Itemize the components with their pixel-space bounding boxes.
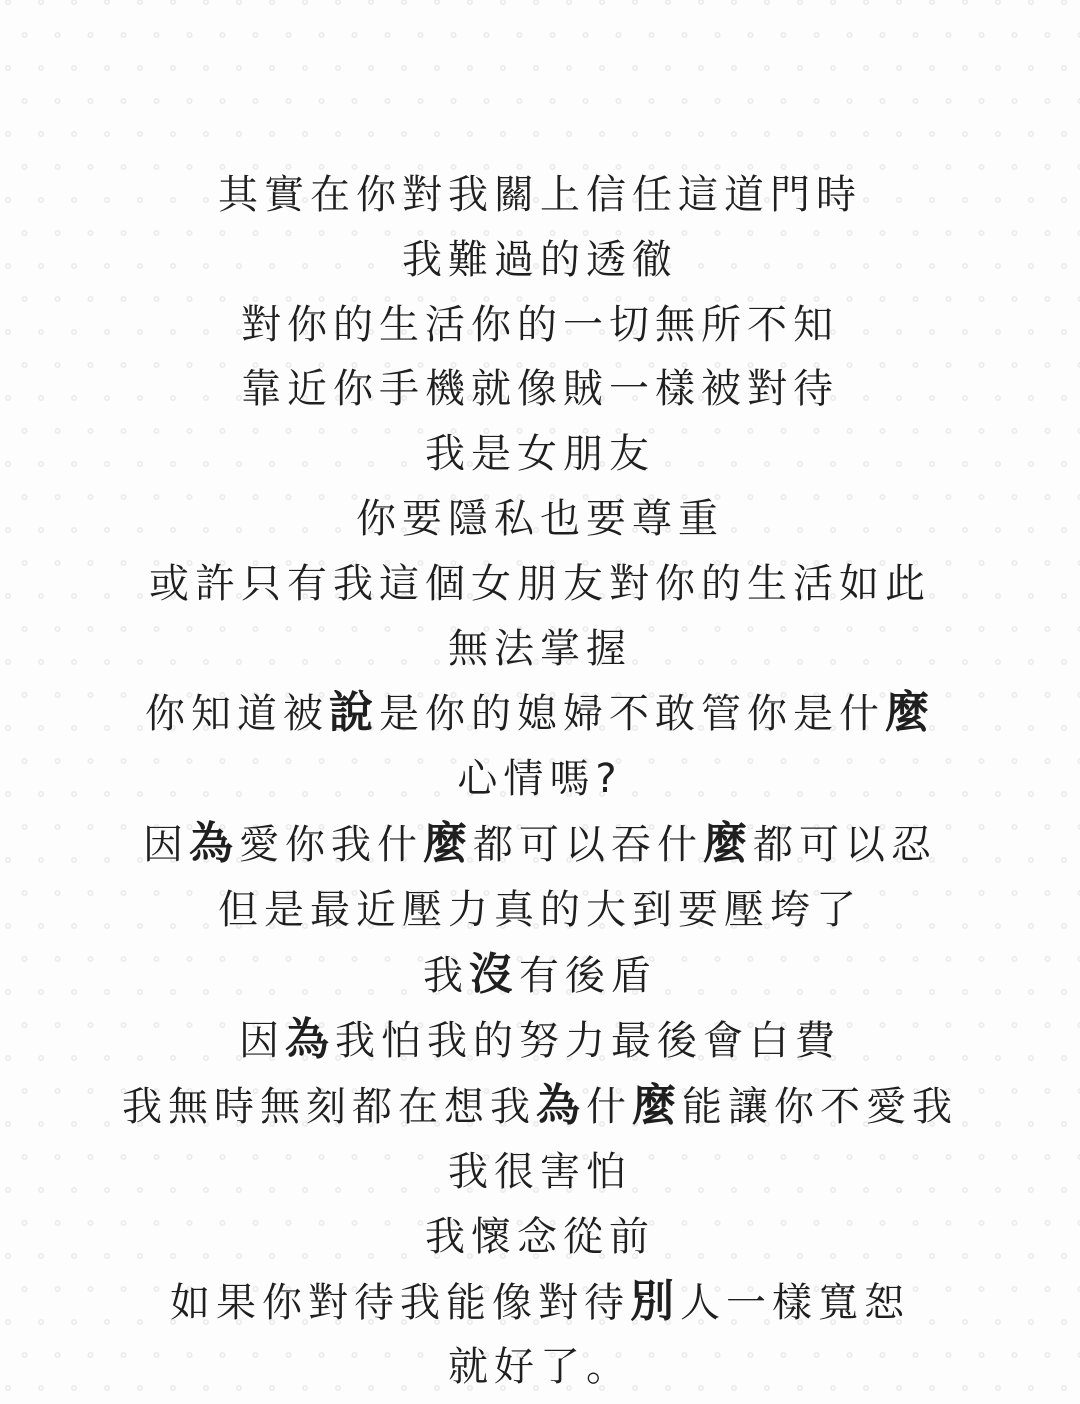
note-line: 我難過的透徹 [0,228,1080,293]
note-line: 或許只有我這個女朋友對你的生活如此 [0,552,1080,617]
note-line: 你知道被說是你的媳婦不敢管你是什麼 [0,681,1080,747]
note-line: 因為愛你我什麼都可以吞什麼都可以忍 [0,812,1080,878]
note-line: 如果你對待我能像對待別人一樣寬恕 [0,1270,1080,1336]
note-line: 心情嗎? [0,747,1080,812]
emphasized-character: 別 [630,1276,680,1327]
emphasized-character: 說 [329,687,379,738]
note-line: 我很害怕 [0,1140,1080,1205]
note-line: 我沒有後盾 [0,943,1080,1009]
note-line: 你要隱私也要尊重 [0,487,1080,552]
handwritten-note-text: 其實在你對我關上信任這道門時我難過的透徹對你的生活你的一切無所不知靠近你手機就像… [0,163,1080,1400]
emphasized-character: 麼 [885,687,935,738]
dotted-paper-background: 其實在你對我關上信任這道門時我難過的透徹對你的生活你的一切無所不知靠近你手機就像… [0,0,1080,1404]
note-line: 我無時無刻都在想我為什麼能讓你不愛我 [0,1074,1080,1140]
emphasized-character: 為 [536,1080,586,1131]
note-line: 但是最近壓力真的大到要壓垮了 [0,878,1080,943]
note-line: 因為我怕我的努力最後會白費 [0,1008,1080,1074]
note-line: 我懷念從前 [0,1205,1080,1270]
emphasized-character: 麼 [423,818,473,869]
note-line: 其實在你對我關上信任這道門時 [0,163,1080,228]
note-line: 我是女朋友 [0,422,1080,487]
emphasized-character: 麼 [632,1080,682,1131]
emphasized-character: 為 [189,818,239,869]
emphasized-character: 麼 [703,818,753,869]
note-line: 就好了。 [0,1335,1080,1400]
note-line: 對你的生活你的一切無所不知 [0,293,1080,358]
note-line: 靠近你手機就像賊一樣被對待 [0,357,1080,422]
note-line: 無法掌握 [0,617,1080,682]
emphasized-character: 沒 [469,949,519,1000]
emphasized-character: 為 [285,1014,335,1065]
